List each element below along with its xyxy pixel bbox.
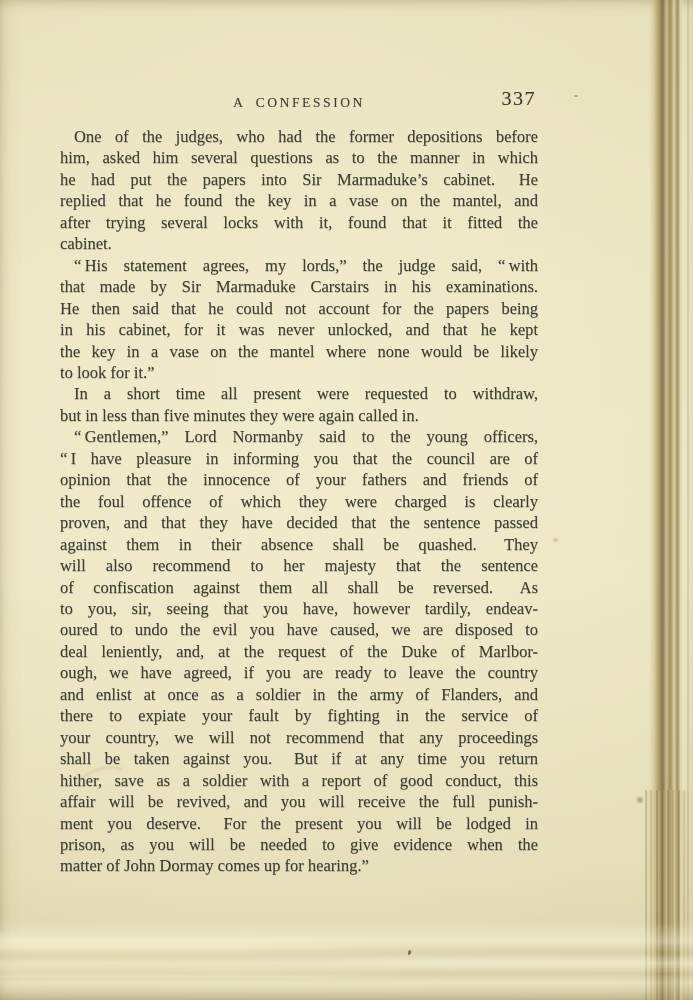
- scan-speck: [637, 797, 643, 803]
- text-line: there to expiate your fault by fighting …: [60, 705, 538, 726]
- text-line: proven, and that they have decided that …: [60, 512, 538, 533]
- text-line: the key in a vase on the mantel where no…: [60, 341, 538, 362]
- page-text: One of the judges, who had the former de…: [60, 126, 538, 877]
- text-line: opinion that the innocence of your fathe…: [60, 469, 538, 490]
- text-line: he had put the papers into Sir Marmaduke…: [60, 169, 538, 190]
- running-title: A CONFESSION: [60, 95, 538, 111]
- text-line: “ I have pleasure in informing you that …: [60, 448, 538, 469]
- text-line: after trying several locks with it, foun…: [60, 212, 538, 233]
- scan-speck: [574, 95, 578, 97]
- text-line: in his cabinet, for it was never unlocke…: [60, 319, 538, 340]
- text-line: deal leniently, and, at the request of t…: [60, 641, 538, 662]
- text-line: replied that he found the key in a vase …: [60, 190, 538, 211]
- text-line: matter of John Dormay comes up for heari…: [60, 855, 538, 876]
- text-line: ough, we have agreed, if you are ready t…: [60, 662, 538, 683]
- text-line: but in less than five minutes they were …: [60, 405, 538, 426]
- text-line: One of the judges, who had the former de…: [60, 126, 538, 147]
- text-line: that made by Sir Marmaduke Carstairs in …: [60, 276, 538, 297]
- text-line: cabinet.: [60, 233, 538, 254]
- text-line: will also recommend to her majesty that …: [60, 555, 538, 576]
- text-line: “ Gentlemen,” Lord Normanby said to the …: [60, 426, 538, 447]
- paragraph: “ His statement agrees, my lords,” the j…: [60, 255, 538, 384]
- text-line: ment you deserve. For the present you wi…: [60, 813, 538, 834]
- text-line: of confiscation against them all shall b…: [60, 577, 538, 598]
- book-page: A CONFESSION 337 One of the judges, who …: [0, 0, 693, 1000]
- text-line: “ His statement agrees, my lords,” the j…: [60, 255, 538, 276]
- scan-speck: [553, 538, 558, 542]
- page-curl-shading-left: [0, 930, 430, 978]
- text-line: oured to undo the evil you have caused, …: [60, 619, 538, 640]
- paragraph: One of the judges, who had the former de…: [60, 126, 538, 255]
- text-line: against them in their absence shall be q…: [60, 534, 538, 555]
- running-head: A CONFESSION 337: [60, 88, 538, 114]
- text-line: to you, sir, seeing that you have, howev…: [60, 598, 538, 619]
- text-line: shall be taken against you. But if at an…: [60, 748, 538, 769]
- text-line: to look for it.”: [60, 362, 538, 383]
- text-line: and enlist at once as a soldier in the a…: [60, 684, 538, 705]
- paragraph: In a short time all present were request…: [60, 383, 538, 426]
- text-line: the foul offence of which they were char…: [60, 491, 538, 512]
- text-line: In a short time all present were request…: [60, 383, 538, 404]
- text-line: prison, as you will be needed to give ev…: [60, 834, 538, 855]
- text-line: affair will be revived, and you will rec…: [60, 791, 538, 812]
- text-line: He then said that he could not account f…: [60, 298, 538, 319]
- text-line: your country, we will not recommend that…: [60, 727, 538, 748]
- page-number: 337: [502, 88, 537, 111]
- paragraph: “ Gentlemen,” Lord Normanby said to the …: [60, 426, 538, 877]
- text-line: him, asked him several questions as to t…: [60, 147, 538, 168]
